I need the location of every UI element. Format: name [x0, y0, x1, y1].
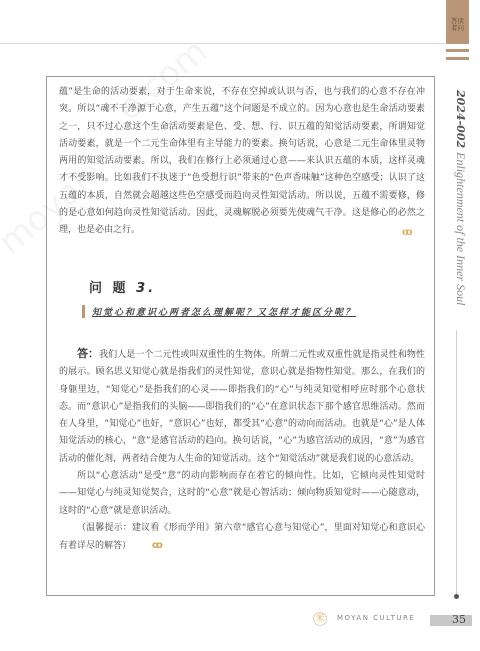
section-tab-label: 答读 者问 [448, 18, 467, 32]
accent-bar [82, 305, 85, 318]
question-heading-label: 问 题 [89, 281, 129, 296]
brand-logo-icon: 米 [313, 612, 327, 626]
answer-paragraph-2: 所以“心意活动”是受“意”的动向影响而存在着它的倾向性。比如，它倾向灵性知觉时—… [59, 468, 425, 520]
paragraph-text: 蕴”是生命的活动要素，对于生命来说，不存在空掉或认识与否，也与我们的心意不存在冲… [59, 84, 425, 240]
issue-code: 2024-002 [454, 90, 467, 148]
side-rule [456, 330, 457, 595]
side-running-title: 2024-002Enlightenment of the Inner Soul [450, 90, 470, 320]
tab-bar-2 [446, 57, 469, 60]
tab-bar-1 [446, 49, 469, 52]
series-title: Enlightenment of the Inner Soul [454, 152, 468, 305]
page-number: 35 [452, 613, 466, 626]
ornament-icon: ꝏ [402, 227, 413, 238]
brand-name: MOYAN CULTURE [337, 614, 415, 622]
ornament-icon: ꝏ [134, 537, 163, 554]
header-rule [0, 43, 445, 44]
section-tab: 答读 者问 [446, 0, 469, 44]
question-heading: 问 题 3. [89, 277, 156, 296]
answer-paragraph: 答：我们人是一个二元性或叫双重性的生物体。所谓二元性或双重性就是指灵性和物性的展… [59, 345, 425, 468]
answer-text: 我们人是一个二元性或叫双重性的生物体。所谓二元性或双重性就是指灵性和物性的展示。… [59, 350, 425, 464]
answer-label: 答： [77, 347, 99, 360]
side-dot [454, 594, 459, 599]
tip-text: （温馨提示：建议看《形而学用》第六章“感官心意与知觉心”，里面对知觉心和意识心有… [59, 523, 425, 551]
question-subtitle: 知觉心和意识心两者怎么理解呢？又怎样才能区分呢？ [92, 305, 356, 318]
content-frame: 蕴”是生命的活动要素，对于生命来说，不存在空掉或认识与否，也与我们的心意不存在冲… [46, 76, 435, 596]
answer-block: 答：我们人是一个二元性或叫双重性的生物体。所谓二元性或双重性就是指灵性和物性的展… [59, 345, 425, 556]
tip-paragraph: （温馨提示：建议看《形而学用》第六章“感官心意与知觉心”，里面对知觉心和意识心有… [59, 520, 425, 556]
page-number-box: 35 [430, 615, 472, 626]
paragraph-continued: 蕴”是生命的活动要素，对于生命来说，不存在空掉或认识与否，也与我们的心意不存在冲… [59, 84, 425, 240]
question-number: 3. [136, 281, 156, 296]
